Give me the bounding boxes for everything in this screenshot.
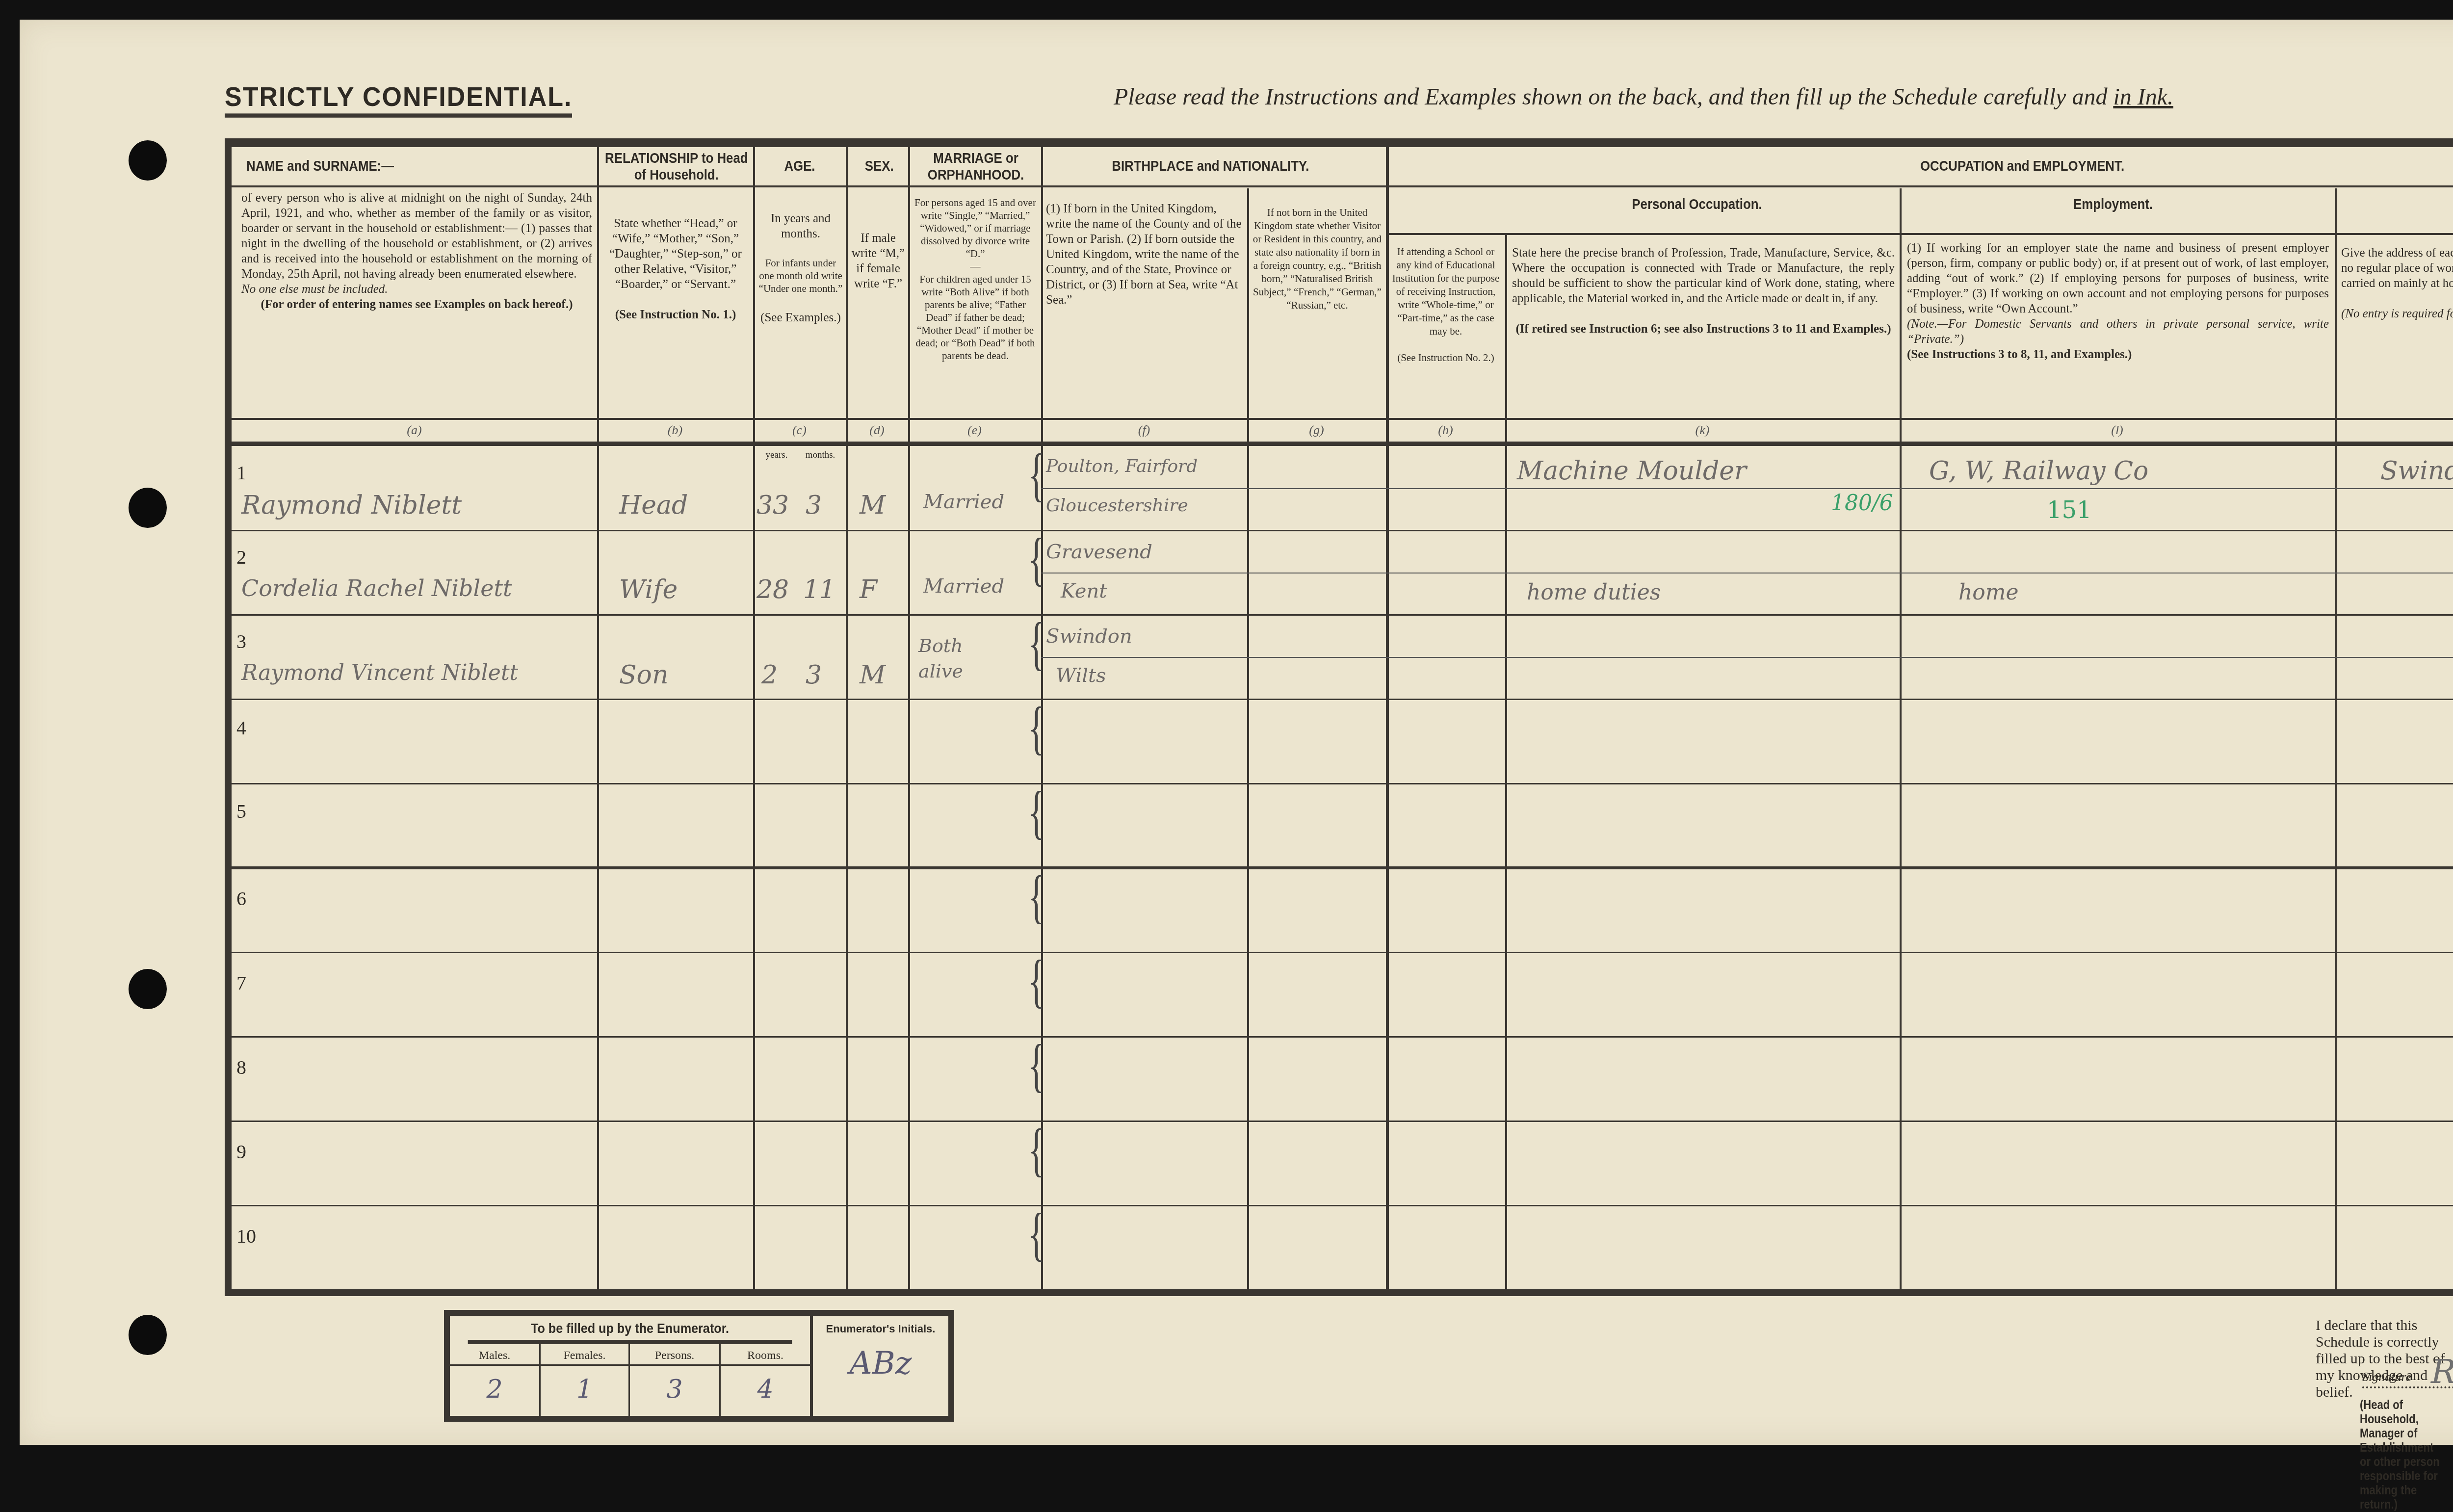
instr-name-text: of every person who is alive at midnight… [241,190,592,282]
enumerator-totals-box: To be filled up by the Enumerator. Enume… [444,1310,954,1422]
punch-hole [129,969,167,1009]
header-name: NAME and SURNAME:— [246,158,542,175]
instr-edu-text: If attending a School or any kind of Edu… [1389,245,1502,338]
birthplace-town[interactable]: Swindon [1046,625,1132,648]
instructions-relationship: State whether “Head,” or “Wife,” “Mother… [602,216,749,322]
person-name[interactable]: Raymond Vincent Niblett [241,660,518,685]
instr-emp-text: (1) If working for an employer state the… [1907,240,2329,316]
col-letter-c: (c) [753,423,846,438]
age-years-label: years. [755,447,799,463]
employer[interactable]: home [1958,580,2019,605]
sex[interactable]: M [860,660,886,690]
header-relationship: RELATIONSHIP to Head of Household. [600,150,753,183]
age-years[interactable]: 2 [761,660,778,690]
person-name[interactable]: Cordelia Rachel Niblett [241,575,512,601]
instructions-ink: in Ink. [2113,84,2173,110]
header-sex: SEX. [850,158,909,175]
punch-hole [129,1315,167,1355]
relationship[interactable]: Son [619,660,668,690]
brace-icon: { [1028,783,1045,842]
instructions-personal-occupation: State here the precise branch of Profess… [1512,245,1895,337]
enumerator-initials-cell: Enumerator's Initials. ABz [810,1316,948,1416]
col-letter-b: (b) [597,423,753,438]
sex[interactable]: M [860,491,886,520]
marital-status[interactable]: Married [923,491,1004,513]
enumerator-initials[interactable]: ABz [813,1345,948,1382]
brace-icon: { [1028,1121,1045,1179]
instructions-line: Please read the Instructions and Example… [1114,83,2173,110]
brace-icon: { [1028,1036,1045,1095]
header-occupation: OCCUPATION and EMPLOYMENT. [1389,158,2453,175]
instr-marriage-text: For persons aged 15 and over write “Sing… [911,196,1040,260]
row-number: 1 [236,461,246,484]
instr-rel-footer: (See Instruction No. 1.) [602,307,749,322]
row-number: 6 [236,887,246,910]
relationship[interactable]: Head [619,491,688,520]
brace-icon: { [1028,867,1045,926]
instructions-name: of every person who is alive at midnight… [241,190,592,312]
brace-icon: { [1028,952,1045,1011]
instr-name-footer: (For order of entering names see Example… [241,297,592,312]
punch-hole [129,140,167,181]
col-letter-e: (e) [908,423,1041,438]
instructions-birthplace: (1) If born in the United Kingdom, write… [1046,201,1242,308]
age-months[interactable]: 3 [806,491,822,520]
signature-label: Signature [2362,1370,2411,1384]
males-cell: Males. 2 [450,1344,539,1416]
persons-count[interactable]: 3 [630,1366,719,1404]
brace-icon: { [1028,530,1045,589]
instructions-marriage: For persons aged 15 and over write “Sing… [911,196,1040,362]
birthplace-county[interactable]: Gloucestershire [1046,495,1188,516]
initials-header: Enumerator's Initials. [813,1323,948,1335]
rooms-cell: Rooms. 4 [719,1344,810,1416]
employer[interactable]: G, W, Railway Co [1929,456,2148,486]
col-letter-d: (d) [846,423,908,438]
orphanhood-status[interactable]: Both alive [918,633,992,684]
occupation-code: 180/6 [1831,491,1893,516]
row-number: 9 [236,1140,246,1163]
males-label: Males. [450,1344,539,1366]
signature-caption: (Head of Household, Manager of Establish… [2360,1398,2442,1468]
persons-cell: Persons. 3 [628,1344,719,1416]
instr-emp-note: (Note.—For Domestic Servants and others … [1907,316,2329,347]
header-employment: Employment. [1902,196,2324,213]
birthplace-county[interactable]: Kent [1061,580,1107,602]
brace-icon: { [1028,445,1045,504]
row-number: 2 [236,546,246,569]
census-form-table: NAME and SURNAME:— RELATIONSHIP to Head … [225,138,2453,1296]
instructions-nationality: If not born in the United Kingdom state … [1251,206,1383,312]
instr-rel-text: State whether “Head,” or “Wife,” “Mother… [602,216,749,292]
rooms-label: Rooms. [721,1344,810,1366]
col-letter-l: (l) [1900,423,2335,438]
instructions-age: In years and months. For infants under o… [757,211,845,325]
instr-occ-text: State here the precise branch of Profess… [1512,245,1895,306]
age-months-label: months. [796,447,845,463]
instr-age-sub: For infants under one month old write “U… [757,257,845,295]
rooms-count[interactable]: 4 [721,1366,810,1404]
col-letter-h: (h) [1386,423,1505,438]
instructions-sex: If male write “M,” if female write “F.” [849,231,908,291]
punch-hole [129,488,167,528]
enumerator-header: To be filled up by the Enumerator. [468,1316,792,1344]
row-number: 5 [236,800,246,823]
instr-place-text: Give the address of each person's place … [2341,245,2453,291]
employer-code: 151 [2047,496,2092,524]
page-title: STRICTLY CONFIDENTIAL. [225,81,572,118]
birthplace-county[interactable]: Wilts [1056,664,1106,687]
instr-occ-footer: (If retired see Instruction 6; see also … [1512,321,1895,337]
females-cell: Females. 1 [539,1344,628,1416]
place-of-work[interactable]: Swindon [2380,456,2453,486]
age-years[interactable]: 28 [757,575,789,604]
age-months[interactable]: 11 [803,575,835,604]
persons-label: Persons. [630,1344,719,1366]
personal-occupation[interactable]: home duties [1527,580,1661,605]
person-name[interactable]: Raymond Niblett [241,491,462,520]
males-count[interactable]: 2 [450,1366,539,1404]
females-label: Females. [541,1344,628,1366]
brace-icon: { [1028,699,1045,757]
age-years[interactable]: 33 [757,491,789,520]
col-letter-f: (f) [1041,423,1247,438]
instr-emp-footer: (See Instructions 3 to 8, 11, and Exampl… [1907,347,2329,362]
row-number: 4 [236,716,246,739]
birthplace-town[interactable]: Gravesend [1046,541,1152,563]
header-place-of-work: Place of Work. [2337,196,2453,213]
instr-age-text: In years and months. [757,211,845,241]
header-birthplace: BIRTHPLACE and NATIONALITY. [1046,158,1375,175]
sex[interactable]: F [860,575,877,604]
instructions-text: Please read the Instructions and Example… [1114,84,2107,110]
instr-age-footer: (See Examples.) [757,310,845,325]
instr-name-note: No one else must be included. [241,282,592,297]
col-letter-k: (k) [1505,423,1900,438]
row-number: 7 [236,971,246,994]
relationship[interactable]: Wife [619,575,678,604]
instr-place-note: (No entry is required for any person who… [2341,306,2453,321]
header-marriage: MARRIAGE or ORPHANHOOD. [913,150,1039,183]
row-number: 3 [236,630,246,653]
instructions-place-of-work: Give the address of each person's place … [2341,245,2453,321]
marital-status[interactable]: Married [923,575,1004,598]
age-months[interactable]: 3 [806,660,822,690]
birthplace-town[interactable]: Poulton, Fairford [1046,456,1198,476]
instructions-education: If attending a School or any kind of Edu… [1389,245,1502,365]
instr-marriage-sub: For children aged under 15 write “Both A… [911,273,1040,362]
row-number: 8 [236,1056,246,1079]
instructions-employment: (1) If working for an employer state the… [1907,240,2329,362]
col-letter-g: (g) [1247,423,1386,438]
signature-line[interactable]: Signature Raymond Niblett [2362,1354,2453,1388]
personal-occupation[interactable]: Machine Moulder [1517,456,1747,486]
signature-value[interactable]: Raymond Niblett [2431,1353,2453,1391]
instr-edu-footer: (See Instruction No. 2.) [1389,351,1502,365]
col-letter-m: (m) [2335,423,2453,438]
col-letter-a: (a) [232,423,597,438]
brace-icon: { [1028,1205,1045,1264]
females-count[interactable]: 1 [541,1366,628,1404]
header-personal-occupation: Personal Occupation. [1507,196,1887,213]
header-age: AGE. [757,158,842,175]
row-number: 10 [236,1225,256,1248]
brace-icon: { [1028,614,1045,673]
